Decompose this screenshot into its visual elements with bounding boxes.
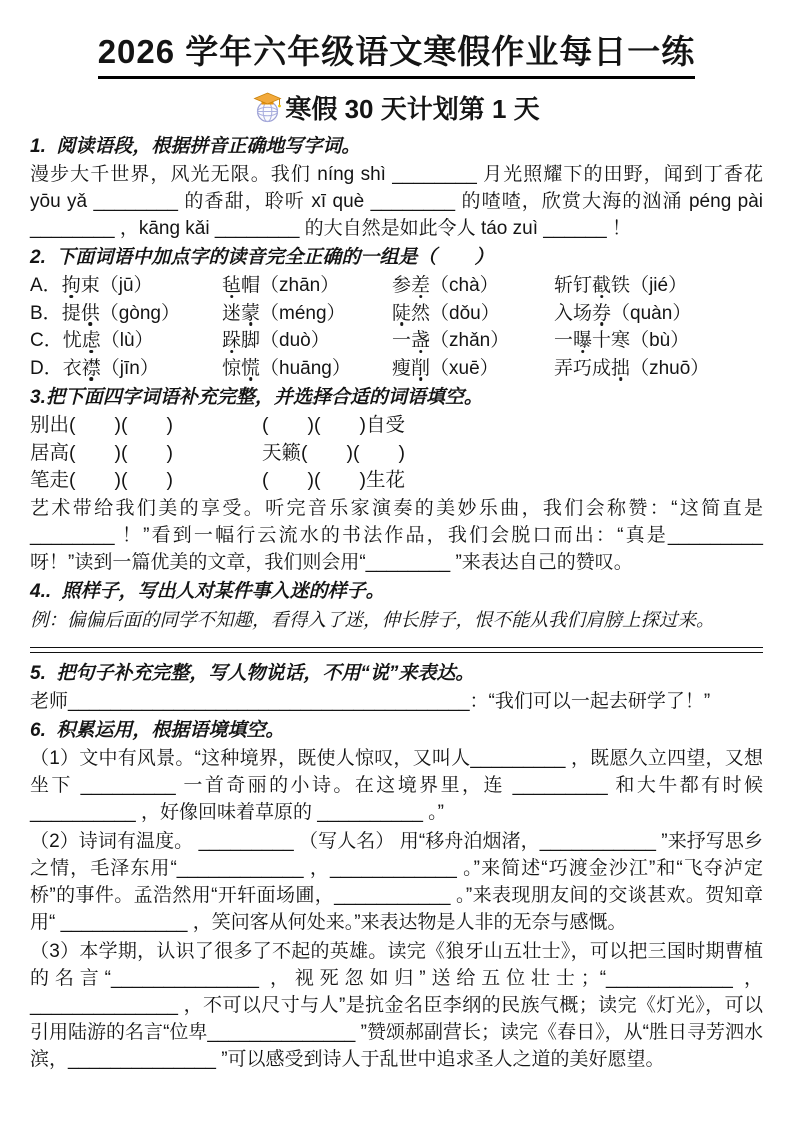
q2-word: C．忧虑（lù） — [30, 327, 222, 355]
q2-option-label: B． — [30, 303, 62, 324]
q3-idiom-right: ( )( )生花 — [262, 467, 763, 495]
dotted-char: 跺 — [222, 330, 241, 351]
q2-option-label: A． — [30, 275, 62, 296]
pinyin: （jīn） — [101, 358, 159, 379]
pinyin: （duò） — [260, 330, 330, 351]
q2-word: 陡然（dǒu） — [392, 300, 554, 328]
q1-passage: 漫步大千世界，风光无限。我们 níng shì ________ 月光照耀下的田… — [30, 161, 763, 242]
pinyin: （quàn） — [611, 303, 691, 324]
dotted-char: 慌 — [241, 358, 260, 379]
pinyin: （jié） — [630, 275, 687, 296]
q2-option-label: C． — [30, 330, 63, 351]
q3-word-grid: 别出( )( )( )( )自受居高( )( )天籁( )( )笔走( )( )… — [30, 412, 763, 495]
q3-idiom-right: 天籁( )( ) — [262, 440, 763, 468]
q2-options: A．拘束（jū）毡帽（zhān）参差（chà）斩钉截铁（jié）B．提供（gòn… — [30, 272, 763, 382]
q5-stem: 5. 把句子补充完整，写人物说话，不用“说”来表达。 — [30, 661, 763, 686]
q2-word: 参差（chà） — [392, 272, 554, 300]
answer-line — [30, 647, 763, 653]
q2-word: D．衣襟（jīn） — [30, 355, 222, 383]
pinyin: （lù） — [101, 330, 154, 351]
q2-option-row: D．衣襟（jīn）惊慌（huāng）瘦削（xuē）弄巧成拙（zhuō） — [30, 355, 763, 383]
q2-option-row: A．拘束（jū）毡帽（zhān）参差（chà）斩钉截铁（jié） — [30, 272, 763, 300]
dotted-char: 供 — [81, 303, 100, 324]
q5-line: 老师______________________________________… — [30, 688, 763, 715]
pinyin: （huāng） — [260, 358, 351, 379]
dotted-char: 曝 — [573, 330, 592, 351]
dotted-char: 拘 — [62, 275, 81, 296]
page-subtitle: 寒假 30 天计划第 1 天 — [30, 89, 763, 126]
q2-word: B．提供（gòng） — [30, 300, 222, 328]
pinyin: （xuē） — [430, 358, 499, 379]
dotted-char: 毡 — [222, 275, 241, 296]
graduation-cap-globe-icon — [253, 92, 282, 123]
page-title: 2026 学年六年级语文寒假作业每日一练 — [30, 26, 763, 79]
q6-stem: 6. 积累运用，根据语境填空。 — [30, 718, 763, 743]
q2-word: 毡帽（zhān） — [222, 272, 392, 300]
q3-idiom-row: 居高( )( )天籁( )( ) — [30, 440, 763, 468]
q2-word: 惊慌（huāng） — [222, 355, 392, 383]
q6-item-3: （3）本学期，认识了很多了不起的英雄。读完《狼牙山五壮士》，可以把三国时期曹植的… — [30, 938, 763, 1073]
dotted-char: 券 — [592, 303, 611, 324]
q2-word: 迷蒙（méng） — [222, 300, 392, 328]
dotted-char: 拙 — [611, 358, 630, 379]
q2-word: 一盏（zhǎn） — [392, 327, 554, 355]
dotted-char: 差 — [411, 275, 430, 296]
dotted-char: 陡 — [392, 303, 411, 324]
q2-word: 斩钉截铁（jié） — [554, 272, 763, 300]
pinyin: （zhuō） — [630, 358, 709, 379]
q6-item-2: （2）诗词有温度。 _________ （写人名） 用“移舟泊烟渚，______… — [30, 828, 763, 936]
worksheet-page: 2026 学年六年级语文寒假作业每日一练 寒假 30 天计划第 1 天 1. 阅… — [0, 0, 793, 1122]
dotted-char: 襟 — [82, 358, 101, 379]
subtitle-text: 寒假 30 天计划第 1 天 — [285, 89, 539, 126]
pinyin: （dǒu） — [430, 303, 500, 324]
q3-passage: 艺术带给我们美的享受。听完音乐家演奏的美妙乐曲，我们会称赞：“这简直是_____… — [30, 495, 763, 576]
q2-option-label: D． — [30, 358, 63, 379]
pinyin: （jū） — [100, 275, 153, 296]
q3-idiom-left: 笔走( )( ) — [30, 467, 262, 495]
q2-word: 跺脚（duò） — [222, 327, 392, 355]
q4-example: 例：偏偏后面的同学不知趣，看得入了迷，伸长脖子，恨不能从我们肩膀上探过来。 — [30, 606, 763, 633]
dotted-char: 蒙 — [241, 303, 260, 324]
page-title-text: 2026 学年六年级语文寒假作业每日一练 — [98, 26, 696, 79]
q3-idiom-row: 别出( )( )( )( )自受 — [30, 412, 763, 440]
q3-stem: 3.把下面四字词语补充完整，并选择合适的词语填空。 — [30, 385, 763, 410]
dotted-char: 盏 — [411, 330, 430, 351]
pinyin: （méng） — [260, 303, 346, 324]
pinyin: （chà） — [430, 275, 499, 296]
dotted-char: 削 — [411, 358, 430, 379]
pinyin: （zhān） — [260, 275, 339, 296]
q2-word: 弄巧成拙（zhuō） — [554, 355, 763, 383]
pinyin: （gòng） — [100, 303, 180, 324]
q2-word: 入场券（quàn） — [554, 300, 763, 328]
q6-item-1: （1）文中有风景。“这种境界，既使人惊叹，又叫人_________ ，既愿久立四… — [30, 745, 763, 826]
pinyin: （bù） — [630, 330, 689, 351]
q2-word: 瘦削（xuē） — [392, 355, 554, 383]
q2-word: 一曝十寒（bù） — [554, 327, 763, 355]
q1-stem: 1. 阅读语段，根据拼音正确地写字词。 — [30, 134, 763, 159]
q2-option-row: B．提供（gòng）迷蒙（méng）陡然（dǒu）入场券（quàn） — [30, 300, 763, 328]
q2-word: A．拘束（jū） — [30, 272, 222, 300]
q2-option-row: C．忧虑（lù）跺脚（duò）一盏（zhǎn）一曝十寒（bù） — [30, 327, 763, 355]
q3-idiom-row: 笔走( )( )( )( )生花 — [30, 467, 763, 495]
pinyin: （zhǎn） — [430, 330, 509, 351]
q2-stem: 2. 下面词语中加点字的读音完全正确的一组是（ ） — [30, 245, 763, 270]
q3-idiom-right: ( )( )自受 — [262, 412, 763, 440]
mortarboard — [255, 93, 281, 104]
dotted-char: 虑 — [82, 330, 101, 351]
q3-idiom-left: 居高( )( ) — [30, 440, 262, 468]
q3-idiom-left: 别出( )( ) — [30, 412, 262, 440]
q4-stem: 4.. 照样子，写出人对某件事入迷的样子。 — [30, 579, 763, 604]
dotted-char: 截 — [592, 275, 611, 296]
